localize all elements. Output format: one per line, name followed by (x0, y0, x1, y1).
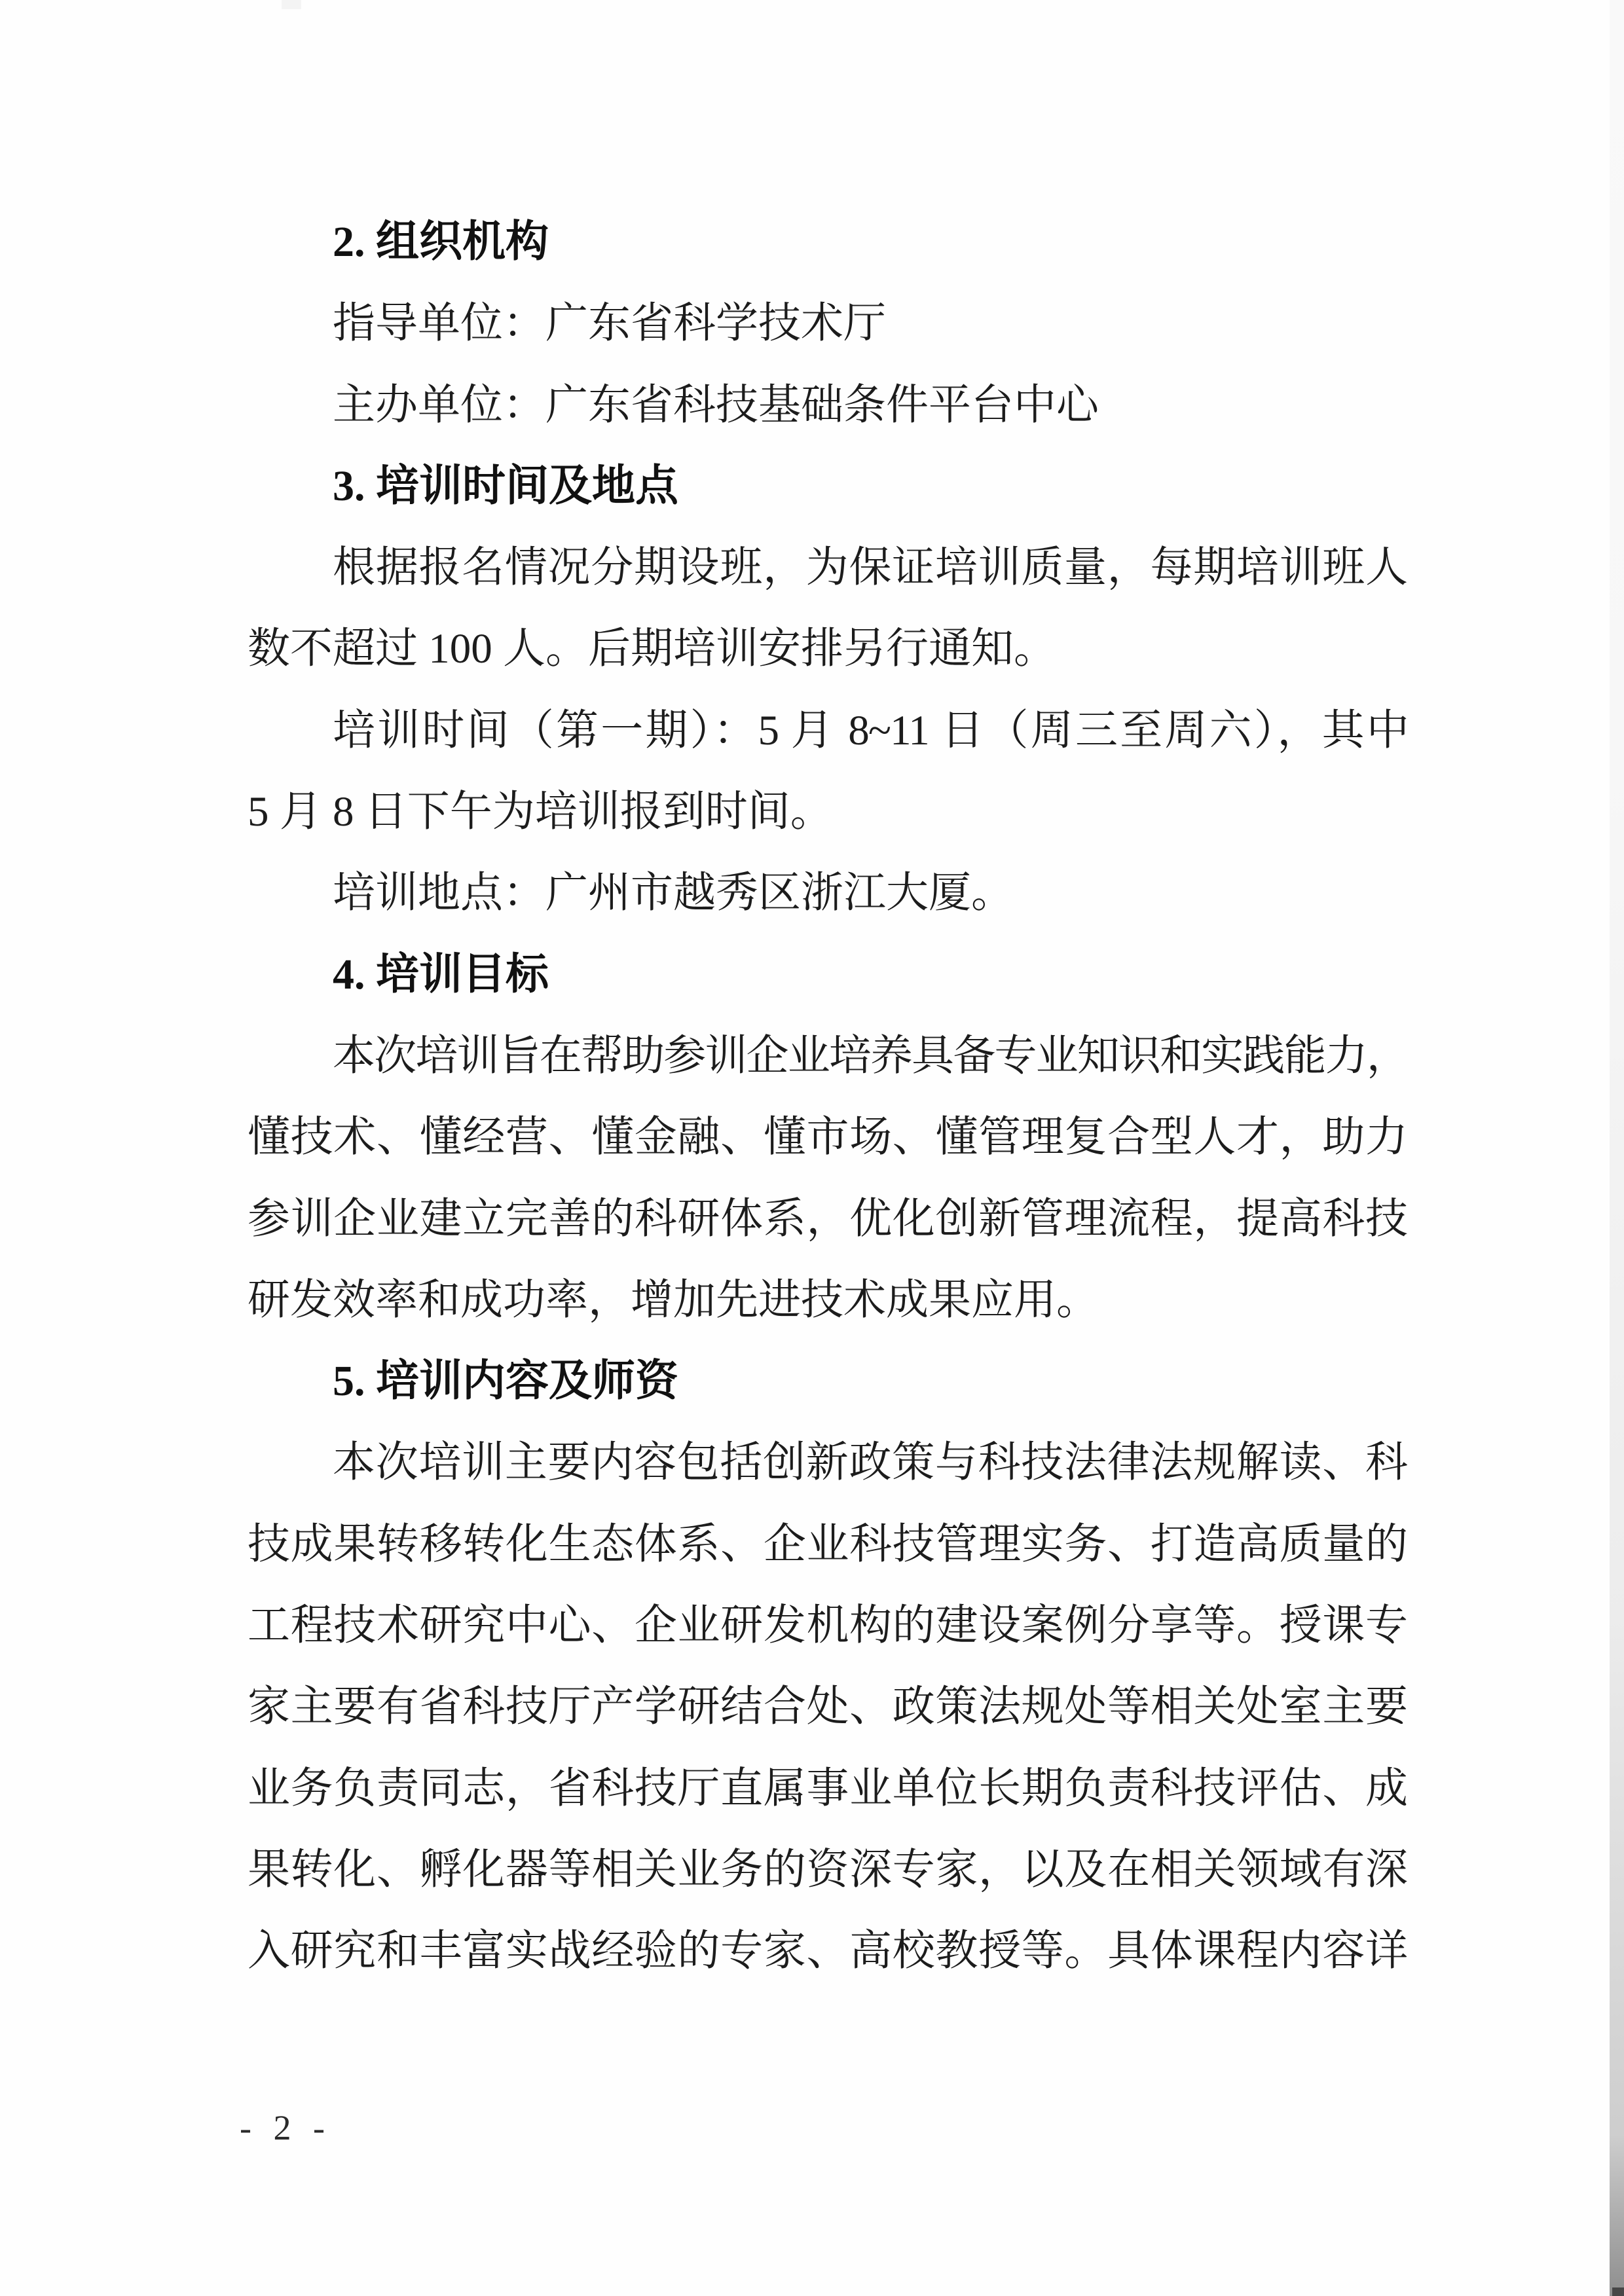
body-line: 家主要有省科技厅产学研结合处、政策法规处等相关处室主要 (248, 1666, 1408, 1747)
body-line: 主办单位：广东省科技基础条件平台中心 (248, 365, 1408, 446)
body-line: 入研究和丰富实战经验的专家、高校教授等。具体课程内容详 (248, 1910, 1408, 1992)
body-line: 业务负责同志，省科技厅直属事业单位长期负责科技评估、成 (248, 1748, 1408, 1829)
section-heading: 3. 培训时间及地点 (248, 446, 1408, 527)
body-line: 研发效率和成功率，增加先进技术成果应用。 (248, 1260, 1408, 1341)
body-line: 工程技术研究中心、企业研发机构的建设案例分享等。授课专 (248, 1585, 1408, 1666)
body-line: 果转化、孵化器等相关业务的资深专家，以及在相关领域有深 (248, 1829, 1408, 1910)
body-line: 培训时间（第一期）：5 月 8~11 日（周三至周六），其中 (248, 690, 1408, 771)
scanned-document-page: 2. 组织机构指导单位：广东省科学技术厅主办单位：广东省科技基础条件平台中心3.… (0, 0, 1624, 2296)
body-line: 参训企业建立完善的科研体系，优化创新管理流程，提高科技 (248, 1178, 1408, 1260)
scan-smudge (282, 0, 301, 9)
scan-corner-mark (1612, 2287, 1624, 2296)
body-line: 培训地点：广州市越秀区浙江大厦。 (248, 852, 1408, 934)
scan-edge-streak (1610, 0, 1624, 2296)
body-line: 本次培训旨在帮助参训企业培养具备专业知识和实践能力， (248, 1015, 1408, 1097)
body-line: 懂技术、懂经营、懂金融、懂市场、懂管理复合型人才，助力 (248, 1097, 1408, 1178)
document-body: 2. 组织机构指导单位：广东省科学技术厅主办单位：广东省科技基础条件平台中心3.… (248, 202, 1408, 1992)
section-heading: 2. 组织机构 (248, 202, 1408, 283)
page-number: - 2 - (240, 2107, 331, 2149)
body-line: 指导单位：广东省科学技术厅 (248, 283, 1408, 364)
body-line: 根据报名情况分期设班，为保证培训质量，每期培训班人 (248, 527, 1408, 608)
body-line: 技成果转移转化生态体系、企业科技管理实务、打造高质量的 (248, 1504, 1408, 1585)
section-heading: 4. 培训目标 (248, 934, 1408, 1015)
body-line: 5 月 8 日下午为培训报到时间。 (248, 771, 1408, 852)
body-line: 本次培训主要内容包括创新政策与科技法律法规解读、科 (248, 1422, 1408, 1503)
body-line: 数不超过 100 人。后期培训安排另行通知。 (248, 608, 1408, 689)
section-heading: 5. 培训内容及师资 (248, 1341, 1408, 1422)
